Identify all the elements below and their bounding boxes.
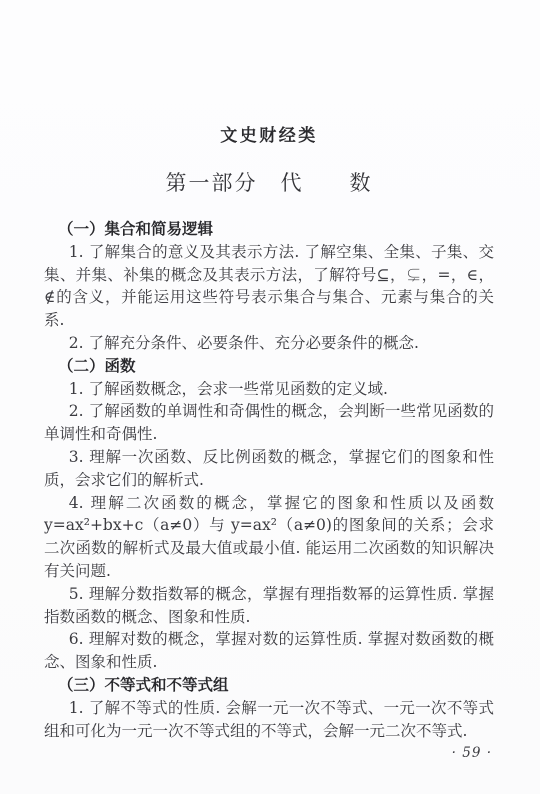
paragraph: 2. 了解函数的单调性和奇偶性的概念，会判断一些常见函数的单调性和奇偶性. <box>44 400 494 446</box>
page-number: · 59 · <box>44 742 494 765</box>
section-heading-1: （一）集合和简易逻辑 <box>44 218 494 241</box>
paragraph: 1. 了解函数概念，会求一些常见函数的定义域. <box>44 378 494 401</box>
category-title: 文史财经类 <box>44 126 494 146</box>
paragraph: 1. 了解集合的意义及其表示方法. 了解空集、全集、子集、交集、并集、补集的概念… <box>44 241 494 332</box>
paragraph: 2. 了解充分条件、必要条件、充分必要条件的概念. <box>44 332 494 355</box>
part-title: 第一部分 代 数 <box>44 170 494 196</box>
paragraph: 6. 理解对数的概念，掌握对数的运算性质. 掌握对数函数的概念、图象和性质. <box>44 628 494 674</box>
section-heading-2: （二）函数 <box>44 355 494 378</box>
paragraph: 3. 理解一次函数、反比例函数的概念，掌握它们的图象和性质，会求它们的解析式. <box>44 446 494 492</box>
document-body: （一）集合和简易逻辑 1. 了解集合的意义及其表示方法. 了解空集、全集、子集、… <box>44 218 494 742</box>
section-heading-3: （三）不等式和不等式组 <box>44 674 494 697</box>
paragraph: 1. 了解不等式的性质. 会解一元一次不等式、一元一次不等式组和可化为一元一次不… <box>44 697 494 743</box>
document-page: 文史财经类 第一部分 代 数 （一）集合和简易逻辑 1. 了解集合的意义及其表示… <box>0 0 540 794</box>
paragraph: 5. 理解分数指数幂的概念，掌握有理指数幂的运算性质. 掌握指数函数的概念、图象… <box>44 583 494 629</box>
paragraph: 4. 理解二次函数的概念，掌握它的图象和性质以及函数 y=ax²+bx+c（a≠… <box>44 492 494 583</box>
